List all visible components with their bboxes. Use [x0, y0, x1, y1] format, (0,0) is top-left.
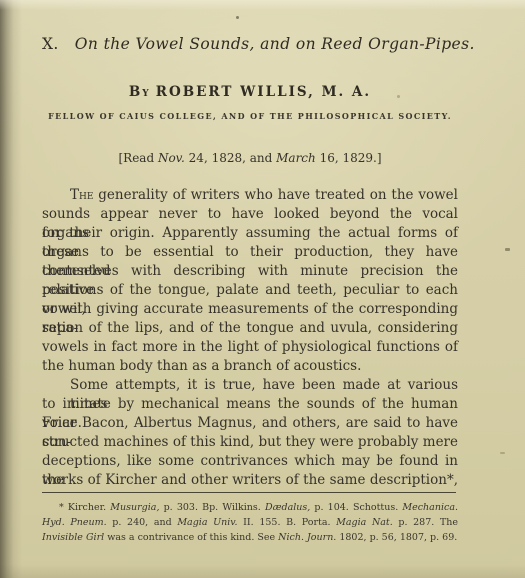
- lead-word: The: [70, 187, 93, 203]
- article-title: X.On the Vowel Sounds, and on Reed Organ…: [42, 33, 458, 55]
- footnote: * Kircher. Musurgia, p. 303. Bp. Wilkins…: [42, 500, 458, 545]
- body-line: ration of the lips, and of the tongue an…: [42, 319, 458, 338]
- article-title-text: On the Vowel Sounds, and on Reed Organ-P…: [75, 35, 475, 53]
- body-line: deceptions, like some contrivances which…: [42, 452, 458, 471]
- body-line: or with giving accurate measurements of …: [42, 300, 458, 319]
- body-line: for their origin. Apparently assuming th…: [42, 224, 458, 243]
- read-note-text: 16, 1829.]: [316, 151, 382, 165]
- ink-speck: [500, 452, 505, 454]
- read-note-text: 24, 1828, and: [185, 151, 276, 165]
- byline-prefix: By: [129, 84, 151, 100]
- body-line: Friar Bacon, Albertus Magnus, and others…: [42, 414, 458, 433]
- read-note-month: March: [276, 151, 316, 165]
- body-line: themselves with describing with minute p…: [42, 262, 458, 281]
- read-note-month: Nov.: [158, 151, 185, 165]
- body-line: sounds appear never to have looked beyon…: [42, 205, 458, 224]
- body-line: the human body than as a branch of acous…: [42, 357, 458, 376]
- body-line: works of Kircher and other writers of th…: [42, 471, 458, 490]
- footnote-line: * Kircher. Musurgia, p. 303. Bp. Wilkins…: [42, 500, 458, 515]
- footnote-line: Hyd. Pneum. p. 240, and Magia Univ. II. …: [42, 515, 458, 530]
- footnote-line: Invisible Girl was a contrivance of this…: [42, 530, 458, 545]
- body-line: positions of the tongue, palate and teet…: [42, 281, 458, 300]
- scan-top-edge: [0, 0, 525, 10]
- byline: ByROBERT WILLIS, M. A.: [42, 84, 458, 100]
- read-dates-note: [Read Nov. 24, 1828, and March 16, 1829.…: [42, 151, 458, 165]
- body-line: The generality of writers who have treat…: [42, 186, 458, 205]
- body-line: Some attempts, it is true, have been mad…: [42, 376, 458, 395]
- author-affiliation: FELLOW OF CAIUS COLLEGE, AND OF THE PHIL…: [42, 111, 458, 121]
- read-note-text: [Read: [118, 151, 157, 165]
- body-line: structed machines of this kind, but they…: [42, 433, 458, 452]
- ink-speck: [505, 248, 510, 251]
- ink-speck: [236, 16, 239, 19]
- scan-gutter-shadow: [0, 0, 22, 578]
- author-name: ROBERT WILLIS, M. A.: [156, 84, 371, 100]
- body-line: organs to be essential to their producti…: [42, 243, 458, 262]
- article-number: X.: [42, 35, 59, 53]
- body-line: to imitate by mechanical means the sound…: [42, 395, 458, 414]
- footnote-separator-rule: [42, 492, 456, 493]
- scan-bottom-edge: [0, 564, 525, 578]
- body-text: The generality of writers who have treat…: [42, 186, 458, 490]
- scanned-paper-page: X.On the Vowel Sounds, and on Reed Organ…: [0, 0, 525, 578]
- body-line: vowels in fact more in the light of phys…: [42, 338, 458, 357]
